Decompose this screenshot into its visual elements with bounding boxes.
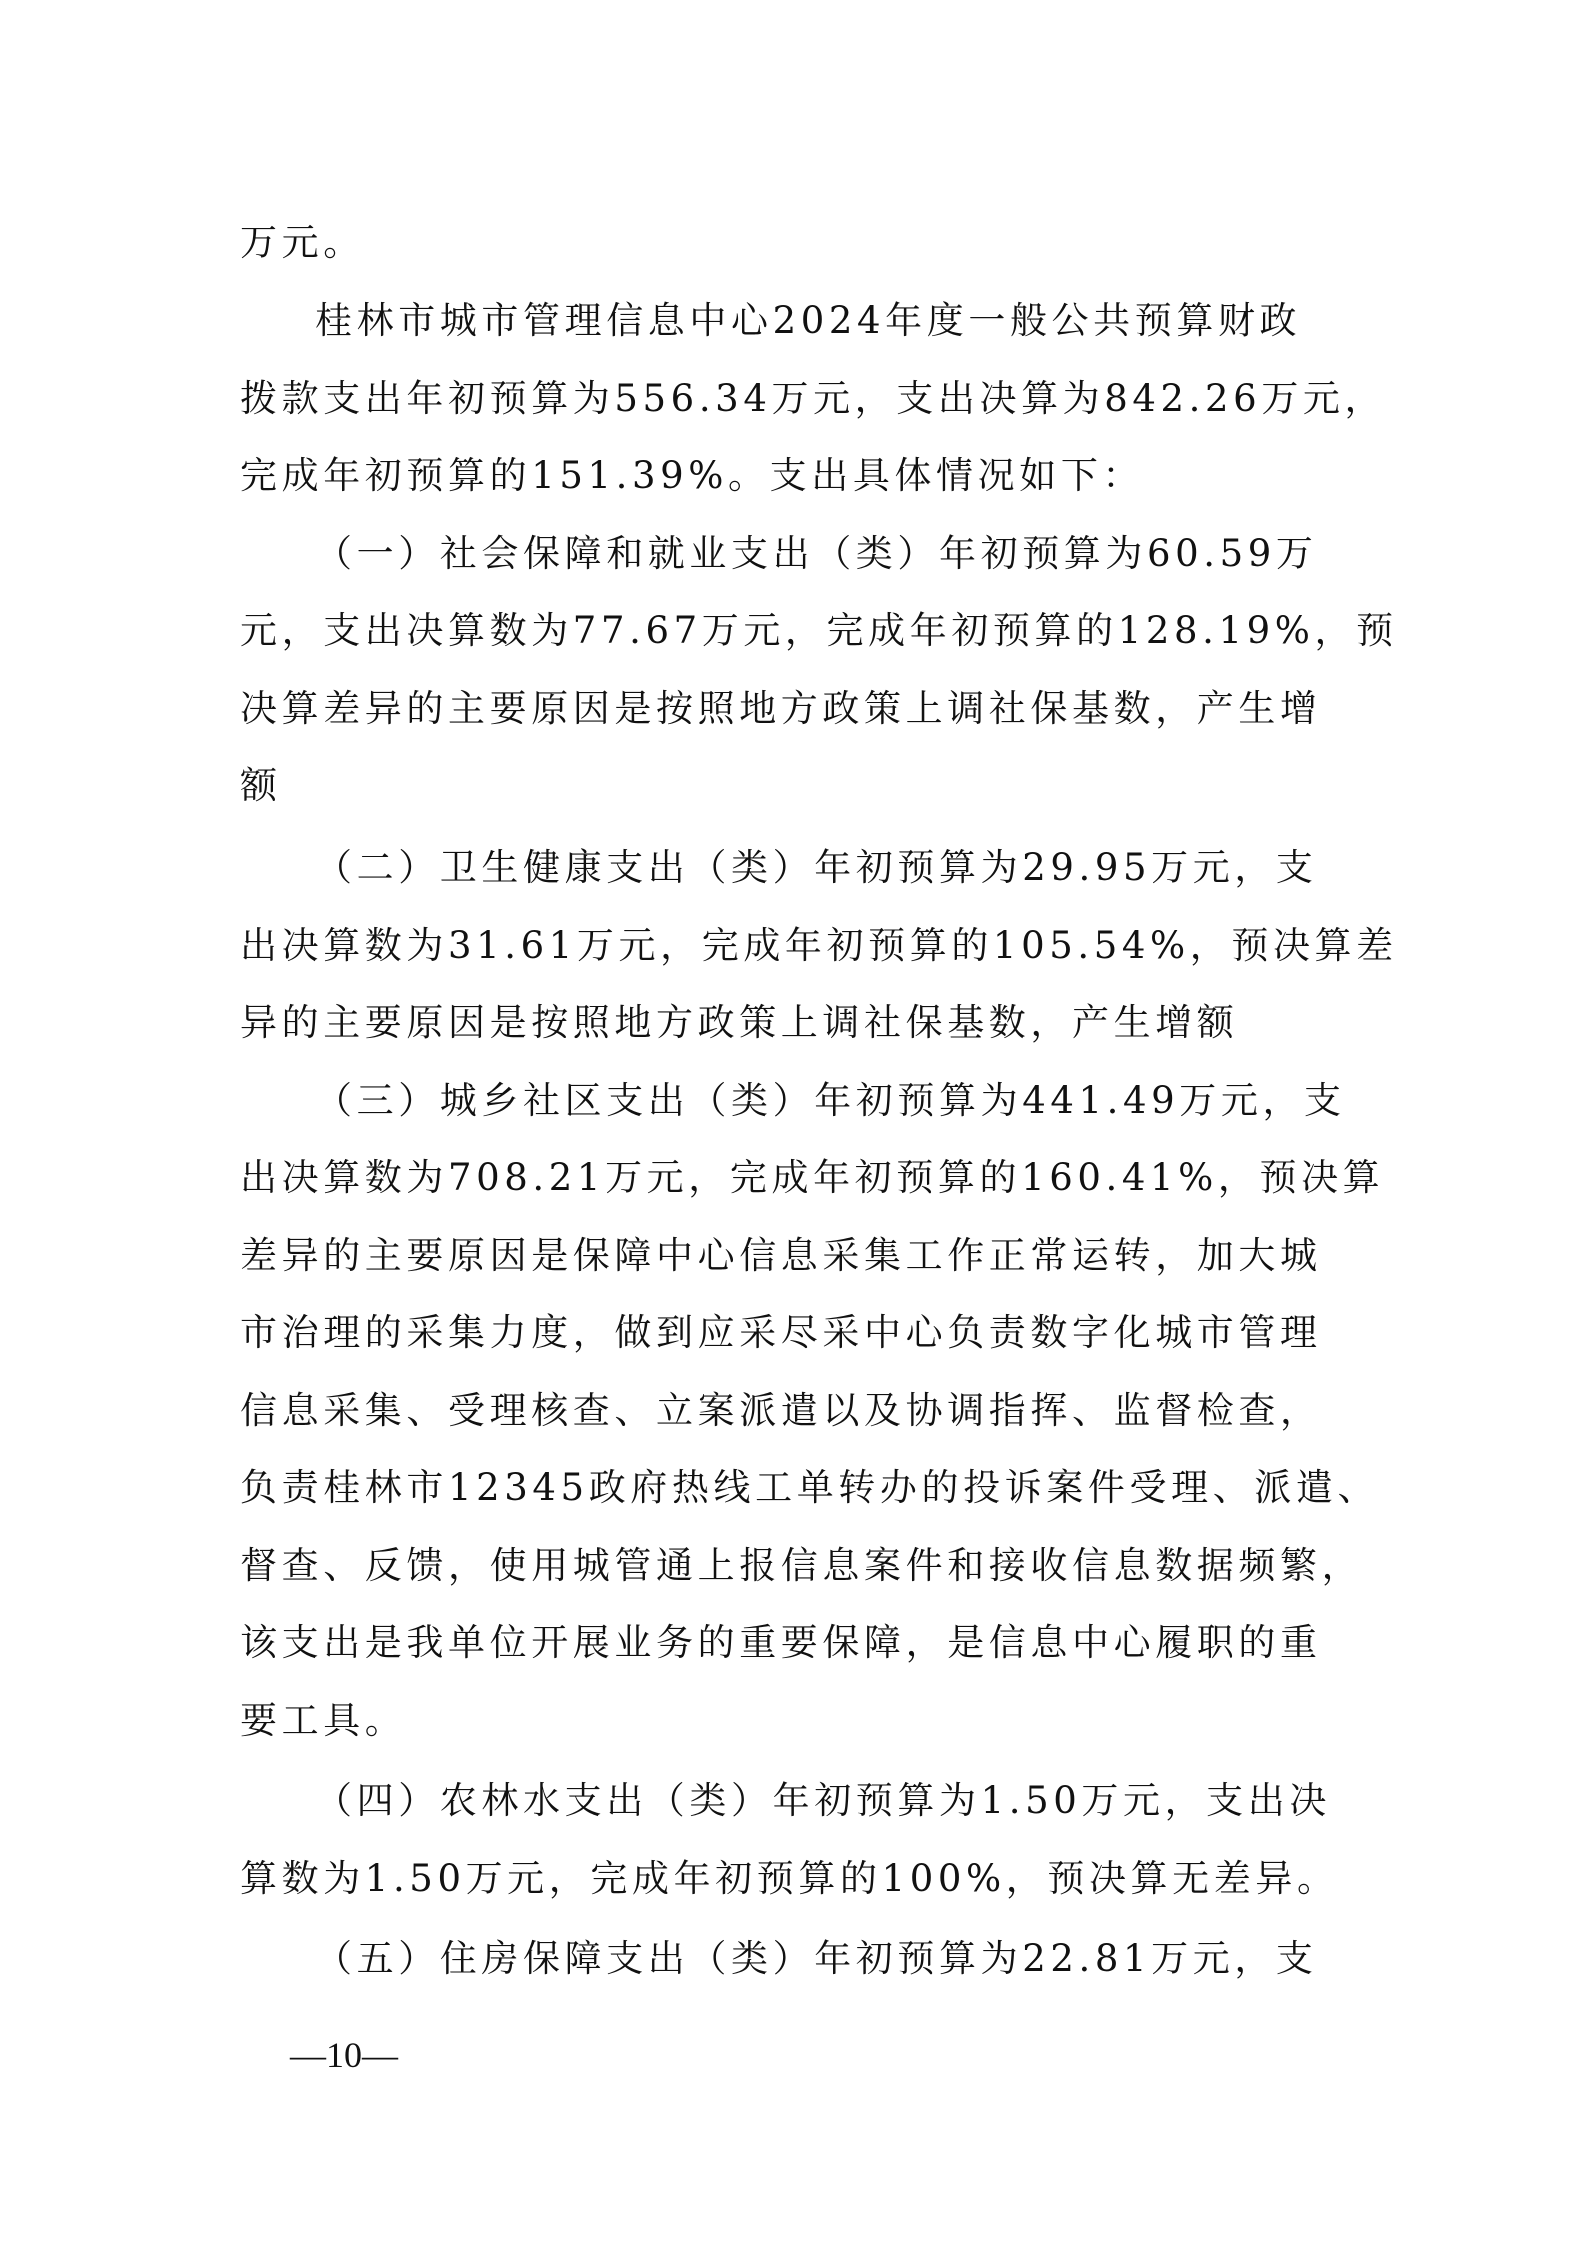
text-line: 市治理的采集力度，做到应采尽采中心负责数字化城市管理 [240,1303,1360,1363]
text-line: 完成年初预算的151.39%。支出具体情况如下： [240,446,1360,506]
text-line: 差异的主要原因是保障中心信息采集工作正常运转，加大城 [240,1226,1360,1286]
text-line: 万元。 [240,213,1360,273]
text-line: 负责桂林市12345政府热线工单转办的投诉案件受理、派遣、 [240,1458,1360,1518]
document-page: 万元。 桂林市城市管理信息中心2024年度一般公共预算财政 拨款支出年初预算为5… [0,0,1587,2245]
text-line: 算数为1.50万元，完成年初预算的100%，预决算无差异。 [240,1849,1360,1909]
text-line: 拨款支出年初预算为556.34万元，支出决算为842.26万元， [240,369,1360,429]
text-line: 要工具。 [240,1691,1360,1751]
paragraph-agriculture-forestry-water: （四）农林水支出（类）年初预算为1.50万元，支出决 [315,1771,1360,1831]
paragraph-housing-security: （五）住房保障支出（类）年初预算为22.81万元，支 [315,1929,1360,1989]
text-line: 出决算数为708.21万元，完成年初预算的160.41%，预决算 [240,1148,1360,1208]
paragraph-health: （二）卫生健康支出（类）年初预算为29.95万元，支 [315,838,1360,898]
text-line: 信息采集、受理核查、立案派遣以及协调指挥、监督检查， [240,1381,1360,1441]
paragraph-budget-summary: 桂林市城市管理信息中心2024年度一般公共预算财政 [315,291,1360,351]
text-line: 异的主要原因是按照地方政策上调社保基数，产生增额 [240,993,1360,1053]
text-line: 元，支出决算数为77.67万元，完成年初预算的128.19%，预 [240,601,1360,661]
paragraph-social-security: （一）社会保障和就业支出（类）年初预算为60.59万 [315,524,1360,584]
text-line: 额 [240,756,1360,816]
text-line: 该支出是我单位开展业务的重要保障，是信息中心履职的重 [240,1613,1360,1673]
text-line: 出决算数为31.61万元，完成年初预算的105.54%，预决算差 [240,916,1360,976]
text-line: 督查、反馈，使用城管通上报信息案件和接收信息数据频繁， [240,1536,1360,1596]
page-number: —10— [290,2030,398,2080]
text-line: 决算差异的主要原因是按照地方政策上调社保基数，产生增 [240,679,1360,739]
paragraph-urban-rural-community: （三）城乡社区支出（类）年初预算为441.49万元，支 [315,1071,1360,1131]
